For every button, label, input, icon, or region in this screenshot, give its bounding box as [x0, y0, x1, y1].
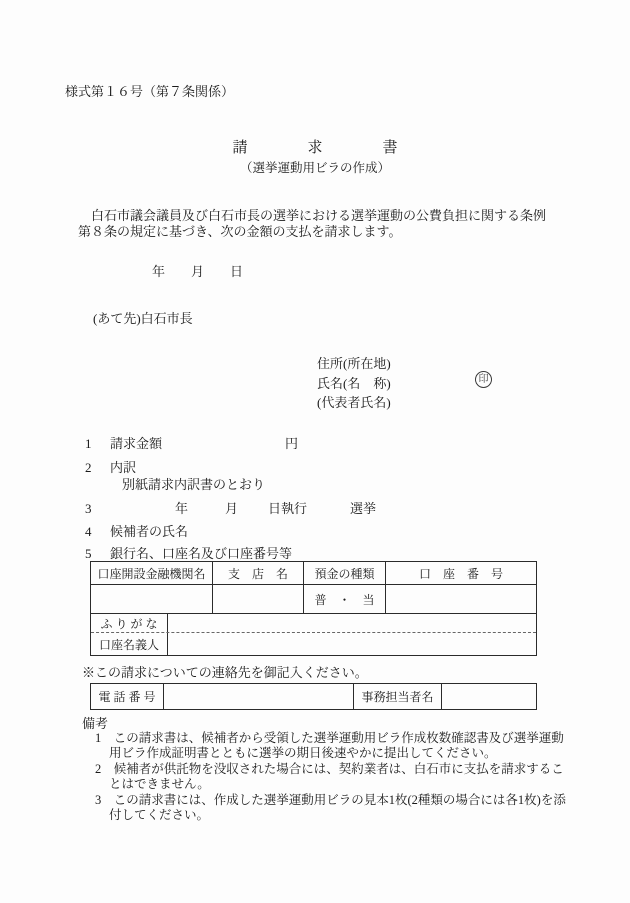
item-4-label: 候補者の氏名 — [110, 524, 188, 539]
item-1-amount: 1 請求金額 円 — [0, 436, 630, 450]
institution-header: 口座開設金融機関名 — [91, 562, 213, 584]
remark-item-1: 1 この請求書は、候補者から受領した選挙運動用ビラ作成枚数確認書及び選挙運動用ビ… — [95, 731, 575, 761]
account-holder-label: 口座名義人 — [91, 633, 168, 655]
item-2-number: 2 — [85, 460, 92, 475]
item-3-day-executed-label: 日執行 — [268, 501, 307, 516]
item-1-label: 請求金額 — [110, 436, 162, 451]
item-2-breakdown: 2 内訳 — [0, 460, 630, 474]
page-title: 請 求 書 — [0, 140, 630, 157]
account-holder-input-cell[interactable] — [168, 633, 536, 655]
furigana-input-cell[interactable] — [168, 614, 536, 632]
signer-name-label: 氏名(名 称) — [317, 374, 391, 394]
date-line: 年 月 日 — [152, 264, 243, 279]
item-2-detail: 別紙請求内訳書のとおり — [122, 477, 265, 492]
form-number: 様式第１６号（第７条関係） — [65, 84, 234, 99]
item-3-number: 3 — [85, 501, 92, 516]
institution-input-cell[interactable] — [91, 585, 213, 613]
phone-number-label: 電 話 番 号 — [91, 684, 164, 709]
item-3-election-label: 選挙 — [350, 501, 376, 516]
deposit-type-header: 預金の種類 — [304, 562, 386, 584]
item-3-election-date: 3 年 月 日執行 選挙 — [0, 501, 630, 515]
remarks-heading: 備考 — [82, 716, 108, 731]
item-5-number: 5 — [85, 546, 92, 561]
account-number-input-cell[interactable] — [386, 585, 536, 613]
seal-icon: 印 — [475, 371, 492, 388]
deposit-type-options[interactable]: 普 ・ 当 — [304, 585, 386, 613]
bank-account-table: 口座開設金融機関名 支 店 名 預金の種類 口 座 番 号 普 ・ 当 ふ り … — [90, 561, 537, 656]
furigana-label: ふ り が な — [91, 614, 168, 632]
signer-representative-label: (代表者氏名) — [317, 393, 391, 413]
bank-table-header-row: 口座開設金融機関名 支 店 名 預金の種類 口 座 番 号 — [91, 562, 536, 585]
claim-form-page: 様式第１６号（第７条関係） 請 求 書 （選挙運動用ビラの作成） 白石市議会議員… — [0, 0, 630, 903]
page-subtitle: （選挙運動用ビラの作成） — [0, 161, 630, 176]
item-1-unit: 円 — [285, 436, 298, 451]
item-4-number: 4 — [85, 524, 92, 539]
branch-header: 支 店 名 — [213, 562, 304, 584]
remark-item-2: 2 候補者が供託物を没収された場合には、契約業者は、白石市に支払を請求することは… — [95, 762, 575, 792]
account-holder-row: 口座名義人 — [91, 633, 536, 655]
item-5-label: 銀行名、口座名及び口座番号等 — [110, 546, 292, 561]
contact-table: 電 話 番 号 事務担当者名 — [90, 683, 537, 710]
remark-item-3: 3 この請求書には、作成した選挙運動用ビラの見本1枚(2種類の場合には各1枚)を… — [95, 793, 575, 823]
contact-note: ※この請求についての連絡先を御記入ください。 — [82, 665, 368, 680]
item-1-number: 1 — [85, 436, 92, 451]
signer-address-label: 住所(所在地) — [317, 354, 391, 374]
seal-glyph: 印 — [479, 372, 489, 387]
remarks-list: 1 この請求書は、候補者から受領した選挙運動用ビラ作成枚数確認書及び選挙運動用ビ… — [95, 731, 575, 824]
furigana-row: ふ り が な — [91, 614, 536, 633]
item-2-label: 内訳 — [110, 460, 136, 475]
item-3-year-label: 年 — [175, 501, 188, 516]
addressee: (あて先)白石市長 — [93, 311, 193, 326]
signer-block: 住所(所在地) 氏名(名 称) (代表者氏名) — [317, 354, 391, 413]
account-number-header: 口 座 番 号 — [386, 562, 536, 584]
phone-number-input-cell[interactable] — [164, 684, 354, 709]
item-5-bank-info: 5 銀行名、口座名及び口座番号等 — [0, 546, 630, 560]
item-4-candidate-name: 4 候補者の氏名 — [0, 524, 630, 538]
bank-table-value-row: 普 ・ 当 — [91, 585, 536, 614]
branch-input-cell[interactable] — [213, 585, 304, 613]
item-3-month-label: 月 — [225, 501, 238, 516]
body-paragraph: 白石市議会議員及び白石市長の選挙における選挙運動の公費負担に関する条例第８条の規… — [78, 208, 553, 239]
staff-name-label: 事務担当者名 — [354, 684, 442, 709]
staff-name-input-cell[interactable] — [442, 684, 536, 709]
